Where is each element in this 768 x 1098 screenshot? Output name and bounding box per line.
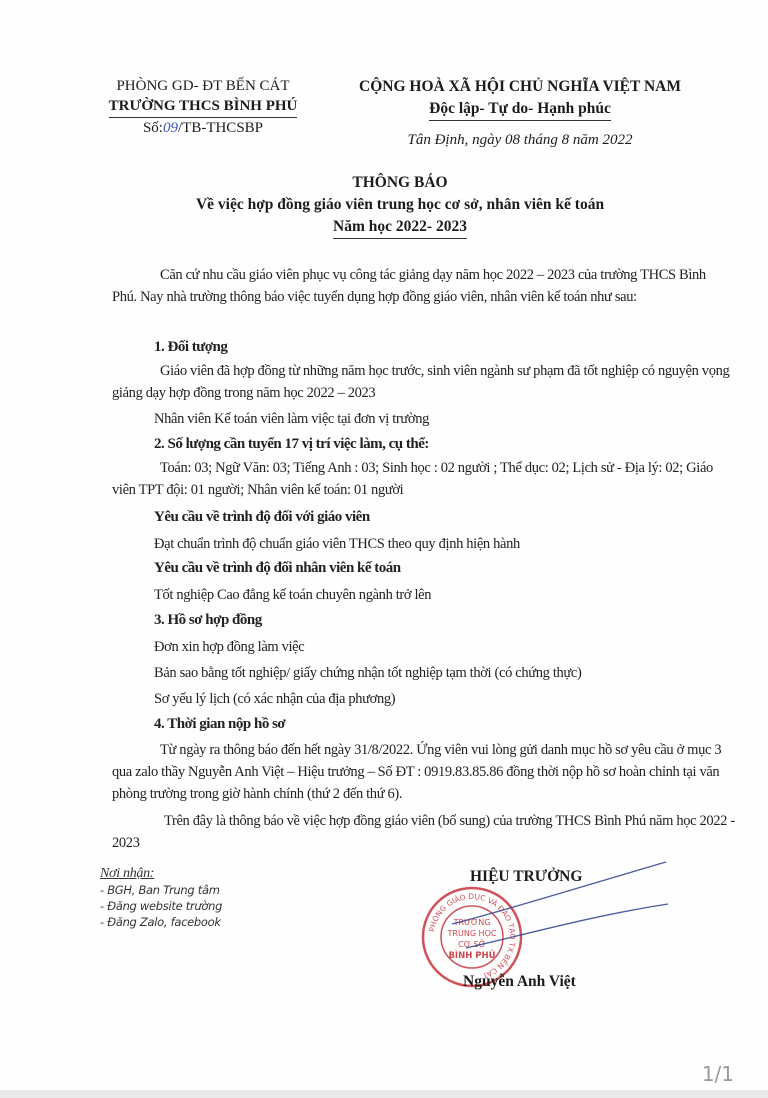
section-2-list: Toán: 03; Ngữ Văn: 03; Tiếng Anh : 03; S… bbox=[112, 457, 730, 501]
intro-paragraph: Căn cứ nhu cầu giáo viên phục vụ công tá… bbox=[112, 264, 730, 308]
section-3-item: Sơ yếu lý lịch (có xác nhận của địa phươ… bbox=[154, 688, 734, 710]
accountant-requirement-heading: Yêu cầu về trình độ đối nhân viên kế toá… bbox=[154, 557, 734, 579]
title-block: THÔNG BÁO Về việc hợp đồng giáo viên tru… bbox=[120, 172, 680, 239]
header-right: CỘNG HOÀ XÃ HỘI CHỦ NGHĨA VIỆT NAM Độc l… bbox=[330, 76, 710, 151]
accountant-requirement: Tốt nghiệp Cao đẳng kế toán chuyên ngành… bbox=[154, 584, 734, 606]
teacher-requirement: Đạt chuẩn trình độ chuẩn giáo viên THCS … bbox=[154, 533, 734, 555]
country-name: CỘNG HOÀ XÃ HỘI CHỦ NGHĨA VIỆT NAM bbox=[330, 76, 710, 98]
page-indicator: 1/1 bbox=[702, 1062, 734, 1086]
section-3-heading: 3. Hồ sơ hợp đồng bbox=[154, 609, 734, 631]
document-title: THÔNG BÁO bbox=[120, 172, 680, 194]
place-date: Tân Định, ngày 08 tháng 8 năm 2022 bbox=[330, 129, 710, 151]
national-motto: Độc lập- Tự do- Hạnh phúc bbox=[429, 98, 611, 121]
section-1-heading: 1. Đối tượng bbox=[154, 336, 734, 358]
section-4-text: Từ ngày ra thông báo đến hết ngày 31/8/2… bbox=[112, 739, 742, 805]
section-1-paragraph-1: Giáo viên đã hợp đồng từ những năm học t… bbox=[112, 360, 730, 404]
handwritten-signature-icon bbox=[440, 860, 670, 960]
header-left: PHÒNG GD- ĐT BẾN CÁT TRƯỜNG THCS BÌNH PH… bbox=[78, 76, 328, 138]
recipient-item: - BGH, Ban Trung tâm bbox=[100, 882, 222, 898]
document-page: PHÒNG GD- ĐT BẾN CÁT TRƯỜNG THCS BÌNH PH… bbox=[0, 0, 768, 1098]
teacher-requirement-heading: Yêu cầu về trình độ đối với giáo viên bbox=[154, 506, 734, 528]
department-name: PHÒNG GD- ĐT BẾN CÁT bbox=[78, 76, 328, 96]
recipients: Nơi nhận: - BGH, Ban Trung tâm - Đăng we… bbox=[100, 866, 222, 930]
section-3-item: Bản sao bằng tốt nghiệp/ giấy chứng nhận… bbox=[154, 662, 734, 684]
school-year: Năm học 2022- 2023 bbox=[333, 216, 467, 239]
section-4-heading: 4. Thời gian nộp hồ sơ bbox=[154, 713, 734, 735]
document-subject: Về việc hợp đồng giáo viên trung học cơ … bbox=[120, 194, 680, 216]
handwritten-number: 09 bbox=[163, 120, 178, 136]
school-name: TRƯỜNG THCS BÌNH PHÚ bbox=[109, 96, 298, 118]
section-2-heading: 2. Số lượng cần tuyển 17 vị trí việc làm… bbox=[154, 433, 734, 455]
section-1-paragraph-2: Nhân viên Kế toán viên làm việc tại đơn … bbox=[154, 408, 734, 430]
viewer-bottom-bar bbox=[0, 1090, 768, 1098]
recipients-title: Nơi nhận: bbox=[100, 866, 222, 882]
recipient-item: - Đăng website trường bbox=[100, 898, 222, 914]
reference-number: Số:09/TB-THCSBP bbox=[78, 118, 328, 138]
section-3-item: Đơn xin hợp đồng làm việc bbox=[154, 636, 734, 658]
closing-paragraph: Trên đây là thông báo về việc hợp đồng g… bbox=[112, 810, 742, 854]
recipient-item: - Đăng Zalo, facebook bbox=[100, 914, 222, 930]
signer-name: Nguyễn Anh Việt bbox=[463, 973, 576, 991]
